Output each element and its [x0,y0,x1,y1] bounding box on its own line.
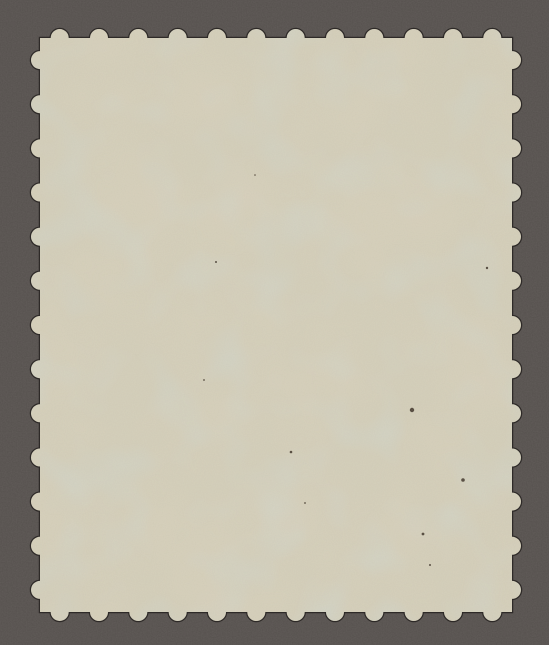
speck [410,408,414,412]
speck [486,267,488,269]
stamp-grain [31,29,521,621]
speck [254,174,256,176]
stamp [31,29,521,621]
speck [304,502,306,504]
speck [461,478,465,482]
speck [422,533,425,536]
speck [215,261,217,263]
speck [203,379,205,381]
stamp-photo [0,0,549,645]
speck [290,451,293,454]
speck [429,564,431,566]
